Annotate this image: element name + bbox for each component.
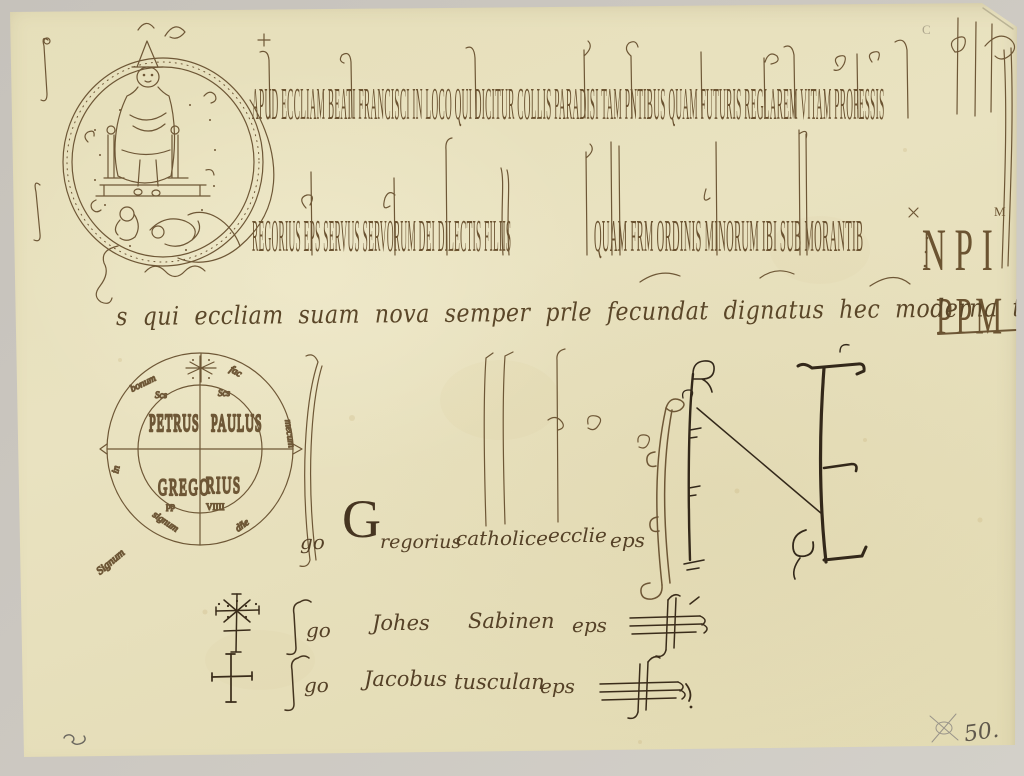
- rota-outside-signum: Signum: [94, 547, 127, 577]
- rota-grego: GREGO: [158, 475, 210, 501]
- collector-mark: [64, 735, 85, 744]
- cardinal2-rank: eps: [540, 674, 575, 698]
- cardinal1-ego: go: [306, 618, 331, 642]
- cardinal1-rank: eps: [572, 613, 607, 637]
- mount-board: Scs Scs PETRUS PAULUS GREGO RIUS pp VIII…: [0, 0, 1024, 776]
- in-perpetuum-top: NPI: [922, 222, 1002, 282]
- swash-flourishes: [640, 271, 910, 286]
- papal-rota: Scs Scs PETRUS PAULUS GREGO RIUS pp VIII…: [94, 353, 302, 577]
- rota-pp: pp: [166, 501, 176, 511]
- rota-rius: RIUS: [206, 473, 242, 499]
- protocol-line-2a: REGORIUS EPS SERVUS SERVORUM DEI DILECTI…: [252, 218, 511, 263]
- rota-petrus: PETRUS: [149, 411, 200, 438]
- cardinal1-see: Sabinen: [468, 609, 555, 633]
- cardinal1-monogram-flourish: [630, 595, 707, 657]
- rota-scs-left: Scs: [155, 390, 167, 400]
- cardinal2-ego: go: [304, 673, 329, 697]
- cardinal2-name: Jacobus: [364, 667, 447, 691]
- pope-initial: G: [342, 492, 381, 546]
- pope-word2: ecclie: [548, 523, 607, 547]
- rota-ring-fac: fac: [228, 364, 245, 380]
- rota-ring-signum: signum: [150, 509, 180, 534]
- pencil-letter-mark: C: [922, 22, 931, 38]
- in-perpetuum-note: M: [994, 204, 1006, 220]
- pencil-x-mark: [930, 714, 958, 742]
- rota-viiii: VIIII: [206, 502, 225, 512]
- rota-ring-mecum: mecum: [282, 419, 297, 449]
- rota-ring-bonum: bonum: [128, 373, 157, 395]
- pope-word3: eps: [610, 528, 645, 552]
- cardinal2-monogram-flourish: [600, 657, 692, 719]
- rota-paulus: PAULUS: [211, 411, 263, 438]
- pope-word1: catholice: [456, 526, 548, 550]
- cardinal1-name: Johes: [372, 611, 430, 635]
- protocol-line-1: APUD ECCLIAM BEATI FRANCISCI IN LOCO QUI…: [252, 86, 885, 131]
- manuscript-sheet: Scs Scs PETRUS PAULUS GREGO RIUS pp VIII…: [0, 0, 1024, 776]
- pope-name: regorius: [380, 531, 461, 553]
- cardinal2-see: tusculan: [454, 670, 545, 694]
- inventory-number: 50.: [962, 718, 1000, 748]
- bene-valete-monogram: [683, 345, 866, 579]
- historiated-initial-g: [34, 23, 274, 303]
- rota-scs-right: Scs: [218, 388, 230, 398]
- protocol-line-2b: QUAM FRM ORDINIS MINORUM IBI SUB MORANTI…: [594, 218, 863, 263]
- corner-fold-shadow: [983, 8, 1013, 29]
- rota-ring-in: in: [110, 465, 122, 475]
- rota-ring-dne: dñe: [233, 517, 252, 535]
- pope-ego: go: [300, 530, 325, 554]
- subscripsi-ligature: [641, 399, 684, 599]
